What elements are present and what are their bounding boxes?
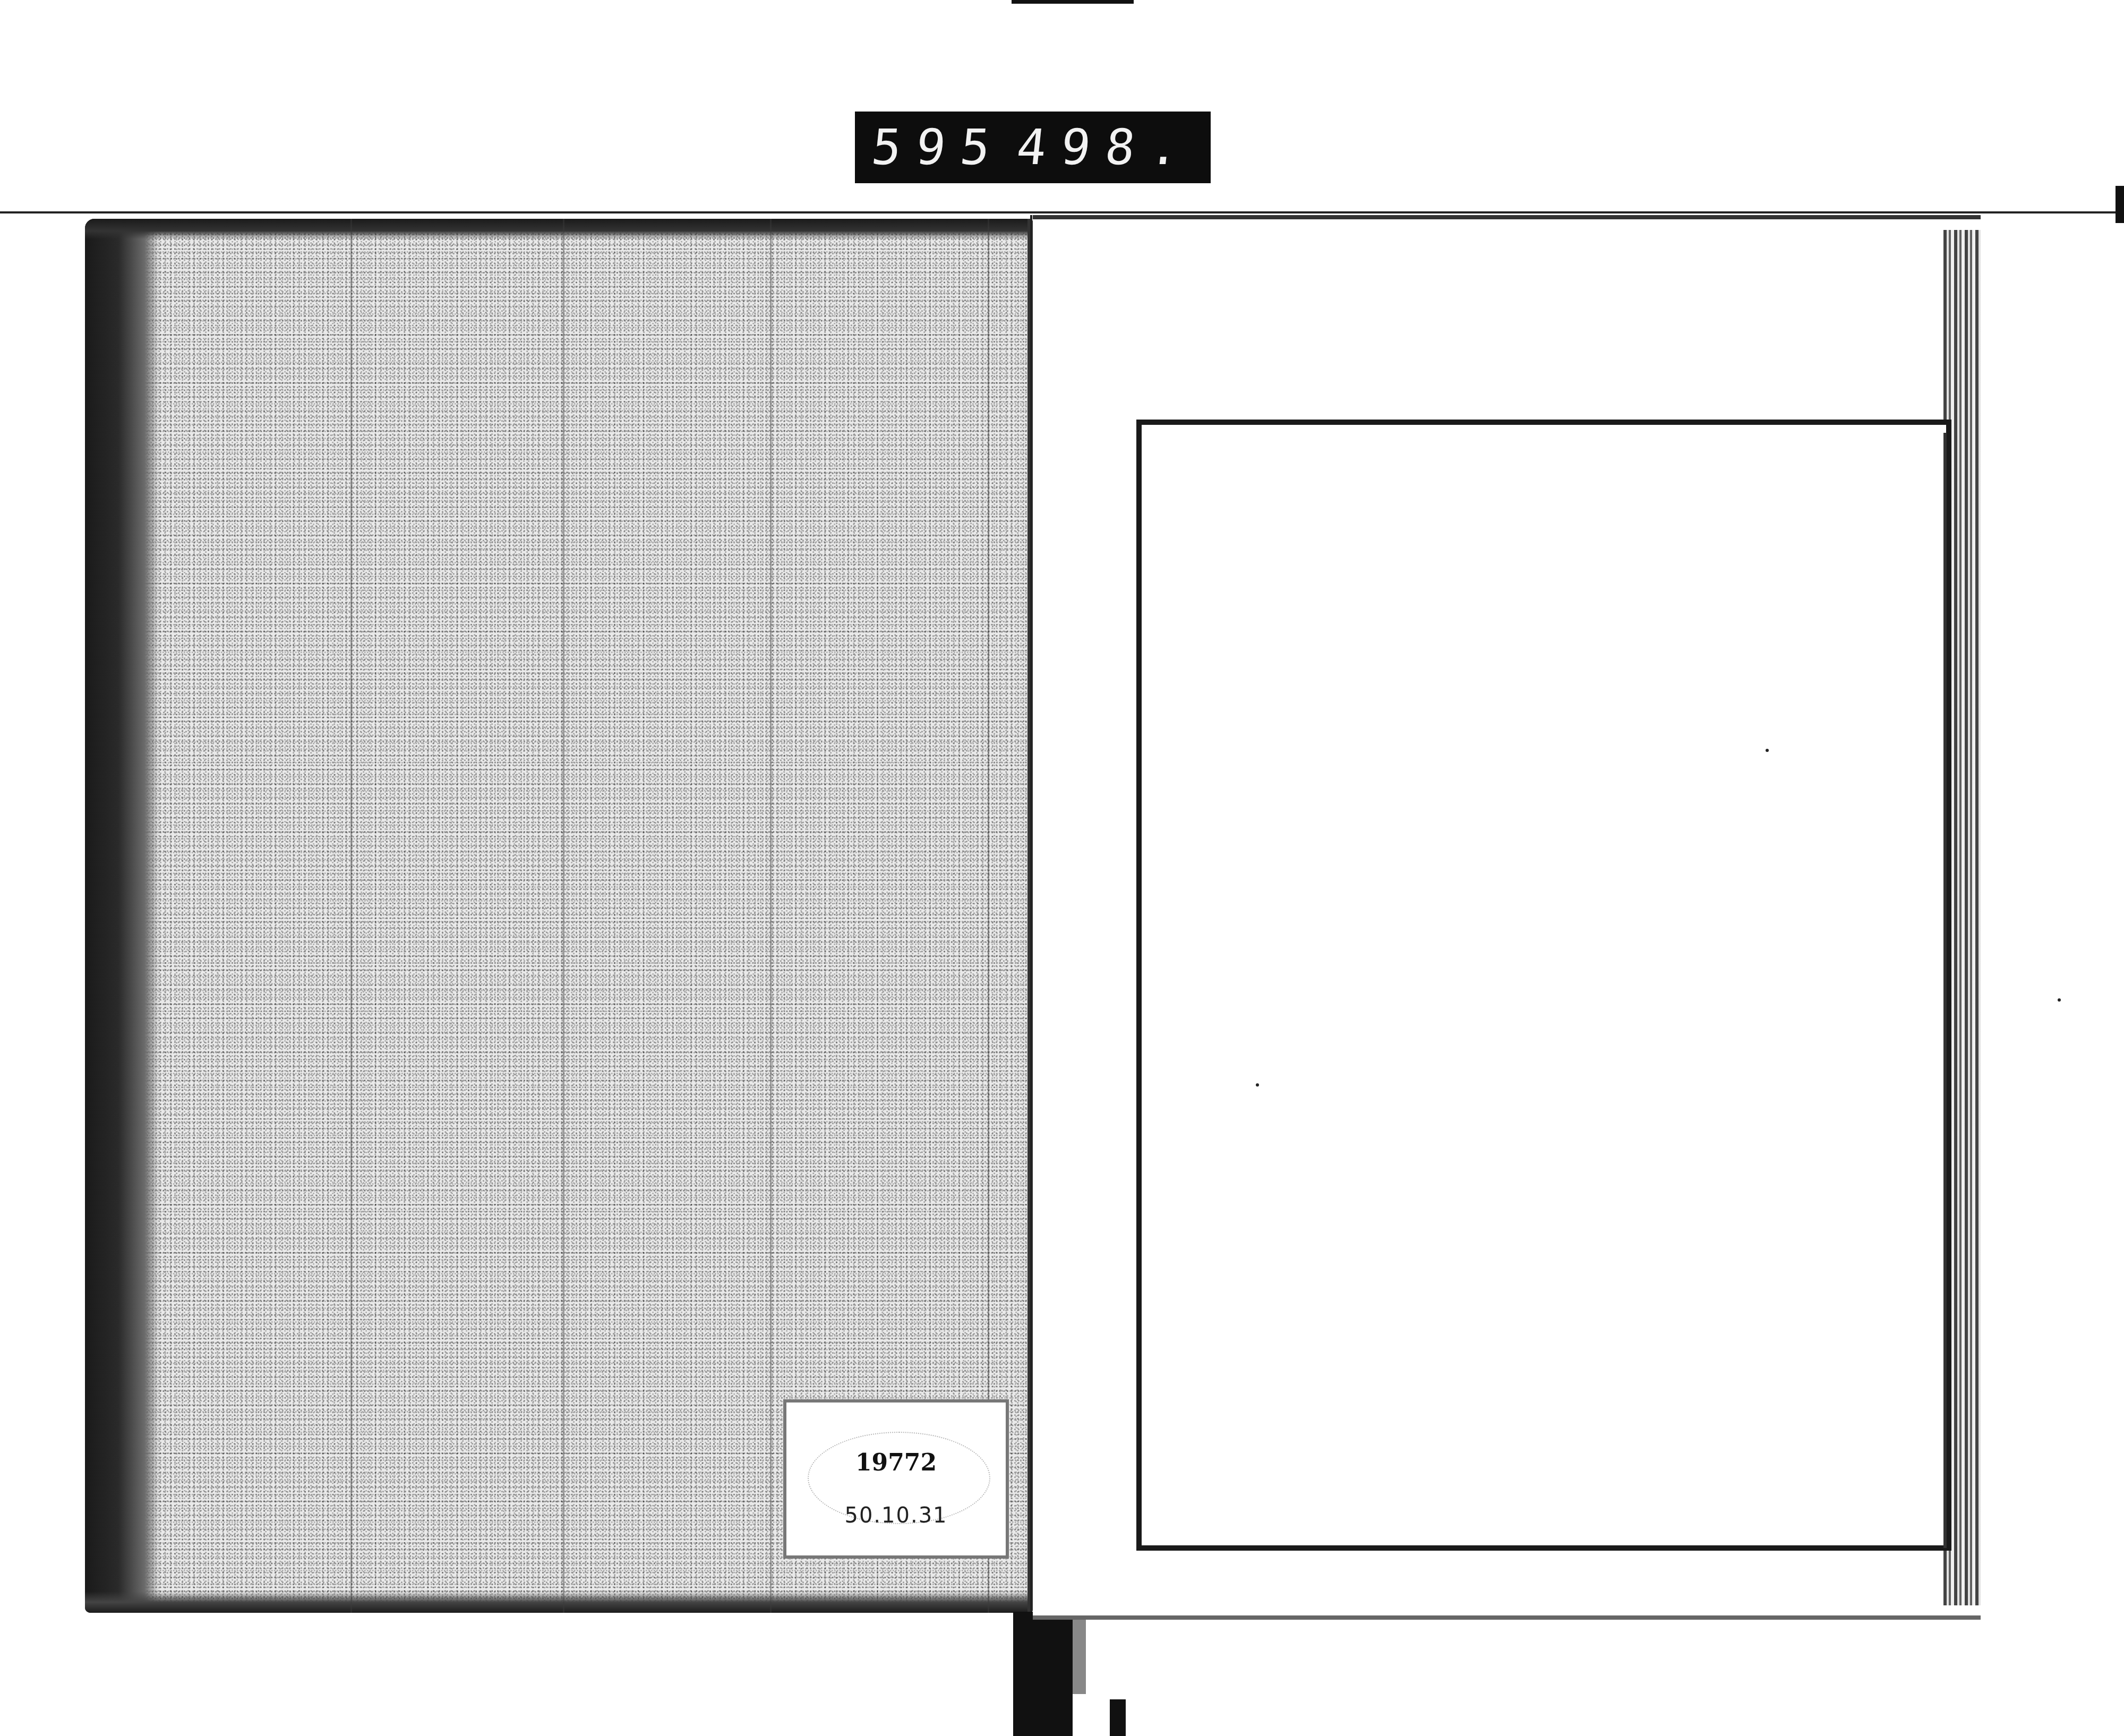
cover-fold-line: [563, 219, 564, 1613]
ruled-frame-inner-line: [1943, 433, 1947, 1548]
page-bottom-edge: [1033, 1615, 1981, 1620]
gutter-shadow: [1013, 1612, 1073, 1736]
speck: [1766, 749, 1769, 752]
library-label: 19772 50.10.31: [783, 1399, 1009, 1559]
accession-number: 19772: [786, 1449, 1006, 1476]
cover-fold-line: [350, 219, 352, 1613]
cover-fold-line: [770, 219, 772, 1613]
scan-edge-mark: [2116, 186, 2124, 223]
cover-bottom-edge: [85, 1592, 1033, 1613]
gutter-line: [1030, 215, 1032, 1617]
cover-binding-edge: [85, 219, 159, 1613]
speck: [1256, 1083, 1259, 1087]
cover-top-edge: [85, 219, 1033, 239]
gutter-strip: [1073, 1614, 1086, 1694]
frame-counter-right: 498.: [1014, 119, 1197, 176]
scan-top-rule: [0, 211, 2124, 213]
frame-counter: 595 498.: [855, 112, 1211, 183]
frame-counter-left: 595: [869, 119, 1007, 176]
speck: [2058, 998, 2061, 1002]
ruled-frame: [1136, 420, 1951, 1551]
date-stamp: 50.10.31: [786, 1503, 1006, 1528]
gutter-shadow: [1110, 1699, 1126, 1736]
film-edge-fragment: [1012, 0, 1134, 4]
